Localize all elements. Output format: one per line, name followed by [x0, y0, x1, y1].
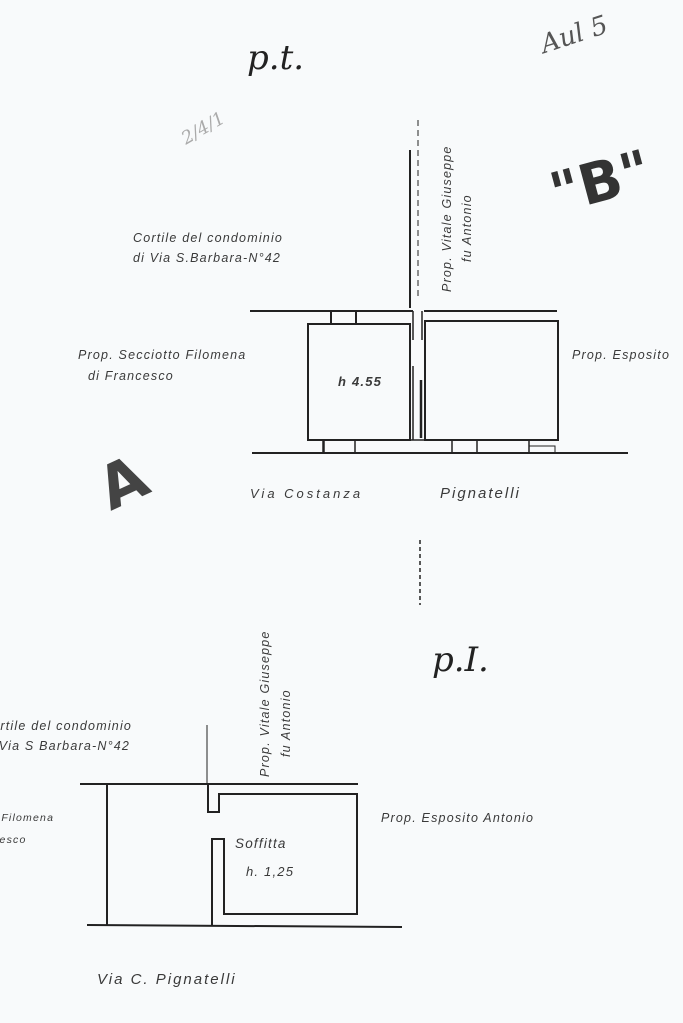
gf-street-right: Pignatelli: [440, 484, 521, 504]
ff-courtyard-label-2: di Via S Barbara-N°42: [0, 736, 130, 756]
gf-west-neighbor-1: Prop. Secciotto Filomena: [78, 345, 246, 365]
ff-courtyard-label-1: Cortile del condominio: [0, 716, 132, 736]
first-floor-title: p.I.: [432, 640, 489, 680]
ff-north-neighbor-1: Prop. Vitale Giuseppe: [255, 630, 275, 777]
gf-west-neighbor-2: di Francesco: [88, 366, 174, 386]
ff-west-neighbor-1: Prop. Secciotto Filomena: [0, 808, 54, 828]
ff-east-neighbor: Prop. Esposito Antonio: [381, 808, 534, 828]
gf-east-neighbor: Prop. Esposito: [572, 345, 670, 365]
gf-street-left: Via Costanza: [250, 484, 363, 504]
ff-north-neighbor-2: fu Antonio: [276, 689, 296, 757]
ff-west-neighbor-2: di Francesco: [0, 830, 27, 850]
gf-courtyard-label-1: Cortile del condominio: [133, 228, 283, 248]
ff-street: Via C. Pignatelli: [97, 970, 237, 990]
ff-room-height: h. 1,25: [246, 862, 294, 882]
gf-north-neighbor-1: Prop. Vitale Giuseppe: [437, 145, 457, 292]
ground-floor-title: p.t.: [247, 38, 304, 78]
gf-room-height: h 4.55: [338, 372, 382, 392]
gf-courtyard-label-2: di Via S.Barbara-N°42: [133, 248, 281, 268]
gf-north-neighbor-2: fu Antonio: [457, 194, 477, 262]
ff-room-name: Soffitta: [235, 834, 287, 854]
